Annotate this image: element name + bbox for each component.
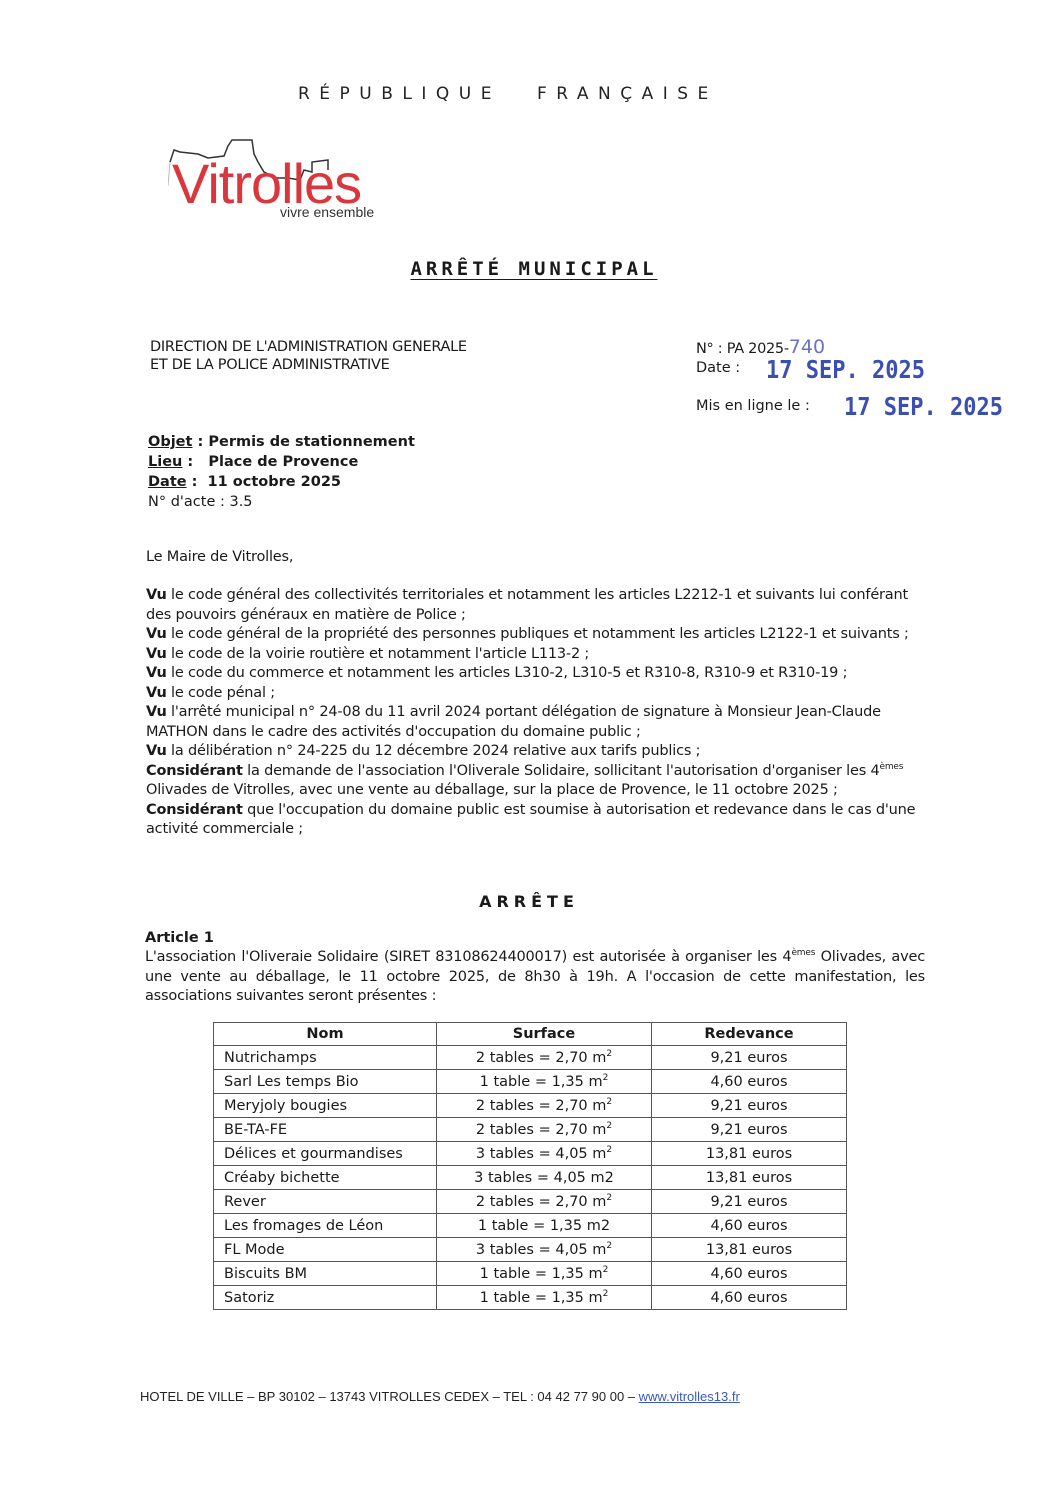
table-row: Créaby bichette3 tables = 4,05 m213,81 e… <box>214 1166 847 1190</box>
direction-line-1: DIRECTION DE L'ADMINISTRATION GENERALE <box>150 338 467 356</box>
consideration-item: Considérant que l'occupation du domaine … <box>146 801 926 840</box>
acte-number: N° d'acte : 3.5 <box>148 492 415 512</box>
cell-nom: Rever <box>214 1190 437 1214</box>
act-number: N° : PA 2025-740 <box>696 338 825 358</box>
table-row: BE-TA-FE2 tables = 2,70 m29,21 euros <box>214 1118 847 1142</box>
cell-nom: Biscuits BM <box>214 1262 437 1286</box>
table-row: Biscuits BM1 table = 1,35 m24,60 euros <box>214 1262 847 1286</box>
cell-surface: 1 table = 1,35 m2 <box>437 1214 652 1238</box>
republique-word: RÉPUBLIQUE <box>298 84 501 104</box>
handwritten-number: 740 <box>789 336 825 358</box>
consideration-item: Vu l'arrêté municipal n° 24-08 du 11 avr… <box>146 703 926 742</box>
date-stamp: 17 SEP. 2025 <box>766 356 925 385</box>
cell-nom: Créaby bichette <box>214 1166 437 1190</box>
cell-surface: 3 tables = 4,05 m2 <box>437 1238 652 1262</box>
direction-line-2: ET DE LA POLICE ADMINISTRATIVE <box>150 356 467 374</box>
consideration-item: Vu le code général des collectivités ter… <box>146 586 926 625</box>
table-row: Nutrichamps2 tables = 2,70 m29,21 euros <box>214 1046 847 1070</box>
table-row: Satoriz1 table = 1,35 m24,60 euros <box>214 1286 847 1310</box>
cell-nom: Délices et gourmandises <box>214 1142 437 1166</box>
cell-nom: Sarl Les temps Bio <box>214 1070 437 1094</box>
cell-redevance: 4,60 euros <box>652 1070 847 1094</box>
issuing-direction: DIRECTION DE L'ADMINISTRATION GENERALE E… <box>150 338 467 374</box>
cell-redevance: 9,21 euros <box>652 1046 847 1070</box>
cell-surface: 2 tables = 2,70 m2 <box>437 1190 652 1214</box>
act-metadata: Objet : Permis de stationnement Lieu : P… <box>148 432 415 512</box>
cell-surface: 1 table = 1,35 m2 <box>437 1262 652 1286</box>
cell-redevance: 13,81 euros <box>652 1238 847 1262</box>
arrete-heading: ARRÊTE <box>0 892 1058 911</box>
greeting: Le Maire de Vitrolles, <box>146 548 926 568</box>
considerations-list: Vu le code général des collectivités ter… <box>146 586 926 840</box>
date-row: Date : 11 octobre 2025 <box>148 472 415 492</box>
article-1-title: Article 1 <box>145 930 214 946</box>
table-row: FL Mode3 tables = 4,05 m213,81 euros <box>214 1238 847 1262</box>
website-link[interactable]: www.vitrolles13.fr <box>639 1389 740 1404</box>
online-date: Mis en ligne le : 17 SEP. 2025 <box>696 398 810 414</box>
cell-nom: BE-TA-FE <box>214 1118 437 1142</box>
cell-redevance: 4,60 euros <box>652 1286 847 1310</box>
cell-surface: 2 tables = 2,70 m2 <box>437 1118 652 1142</box>
act-date: Date : 17 SEP. 2025 <box>696 360 740 376</box>
cell-nom: Nutrichamps <box>214 1046 437 1070</box>
header-redevance: Redevance <box>652 1023 847 1046</box>
logo-tagline: vivre ensemble <box>280 204 374 220</box>
table-header-row: Nom Surface Redevance <box>214 1023 847 1046</box>
table-row: Sarl Les temps Bio1 table = 1,35 m24,60 … <box>214 1070 847 1094</box>
cell-redevance: 13,81 euros <box>652 1166 847 1190</box>
cell-nom: Les fromages de Léon <box>214 1214 437 1238</box>
cell-redevance: 13,81 euros <box>652 1142 847 1166</box>
cell-redevance: 4,60 euros <box>652 1262 847 1286</box>
associations-table: Nom Surface Redevance Nutrichamps2 table… <box>213 1022 847 1310</box>
consideration-item: Vu le code du commerce et notamment les … <box>146 664 926 684</box>
table-row: Rever2 tables = 2,70 m29,21 euros <box>214 1190 847 1214</box>
cell-redevance: 9,21 euros <box>652 1118 847 1142</box>
consideration-item: Vu le code général de la propriété des p… <box>146 625 926 645</box>
cell-surface: 1 table = 1,35 m2 <box>437 1070 652 1094</box>
consideration-item: Vu le code de la voirie routière et nota… <box>146 645 926 665</box>
table-row: Meryjoly bougies2 tables = 2,70 m29,21 e… <box>214 1094 847 1118</box>
cell-nom: Meryjoly bougies <box>214 1094 437 1118</box>
cell-surface: 2 tables = 2,70 m2 <box>437 1046 652 1070</box>
consideration-item: Considérant la demande de l'association … <box>146 762 926 801</box>
article-1-text: L'association l'Oliveraie Solidaire (SIR… <box>145 948 925 1007</box>
republique-francaise-heading: RÉPUBLIQUEFRANÇAISE <box>298 84 718 104</box>
cell-redevance: 4,60 euros <box>652 1214 847 1238</box>
objet-row: Objet : Permis de stationnement <box>148 432 415 452</box>
online-stamp: 17 SEP. 2025 <box>844 393 1003 422</box>
vitrolles-logo: Vitrolles vivre ensemble <box>168 126 408 226</box>
consideration-item: Vu la délibération n° 24-225 du 12 décem… <box>146 742 926 762</box>
header-nom: Nom <box>214 1023 437 1046</box>
francaise-word: FRANÇAISE <box>537 84 718 104</box>
consideration-item: Vu le code pénal ; <box>146 684 926 704</box>
table-row: Délices et gourmandises3 tables = 4,05 m… <box>214 1142 847 1166</box>
document-title: ARRÊTÉ MUNICIPAL <box>0 258 1058 280</box>
header-surface: Surface <box>437 1023 652 1046</box>
cell-surface: 2 tables = 2,70 m2 <box>437 1094 652 1118</box>
table-row: Les fromages de Léon1 table = 1,35 m24,6… <box>214 1214 847 1238</box>
cell-redevance: 9,21 euros <box>652 1094 847 1118</box>
cell-surface: 1 table = 1,35 m2 <box>437 1286 652 1310</box>
footer-address: HOTEL DE VILLE – BP 30102 – 13743 VITROL… <box>140 1389 740 1404</box>
cell-surface: 3 tables = 4,05 m2 <box>437 1166 652 1190</box>
cell-surface: 3 tables = 4,05 m2 <box>437 1142 652 1166</box>
cell-nom: FL Mode <box>214 1238 437 1262</box>
lieu-row: Lieu : Place de Provence <box>148 452 415 472</box>
cell-nom: Satoriz <box>214 1286 437 1310</box>
cell-redevance: 9,21 euros <box>652 1190 847 1214</box>
